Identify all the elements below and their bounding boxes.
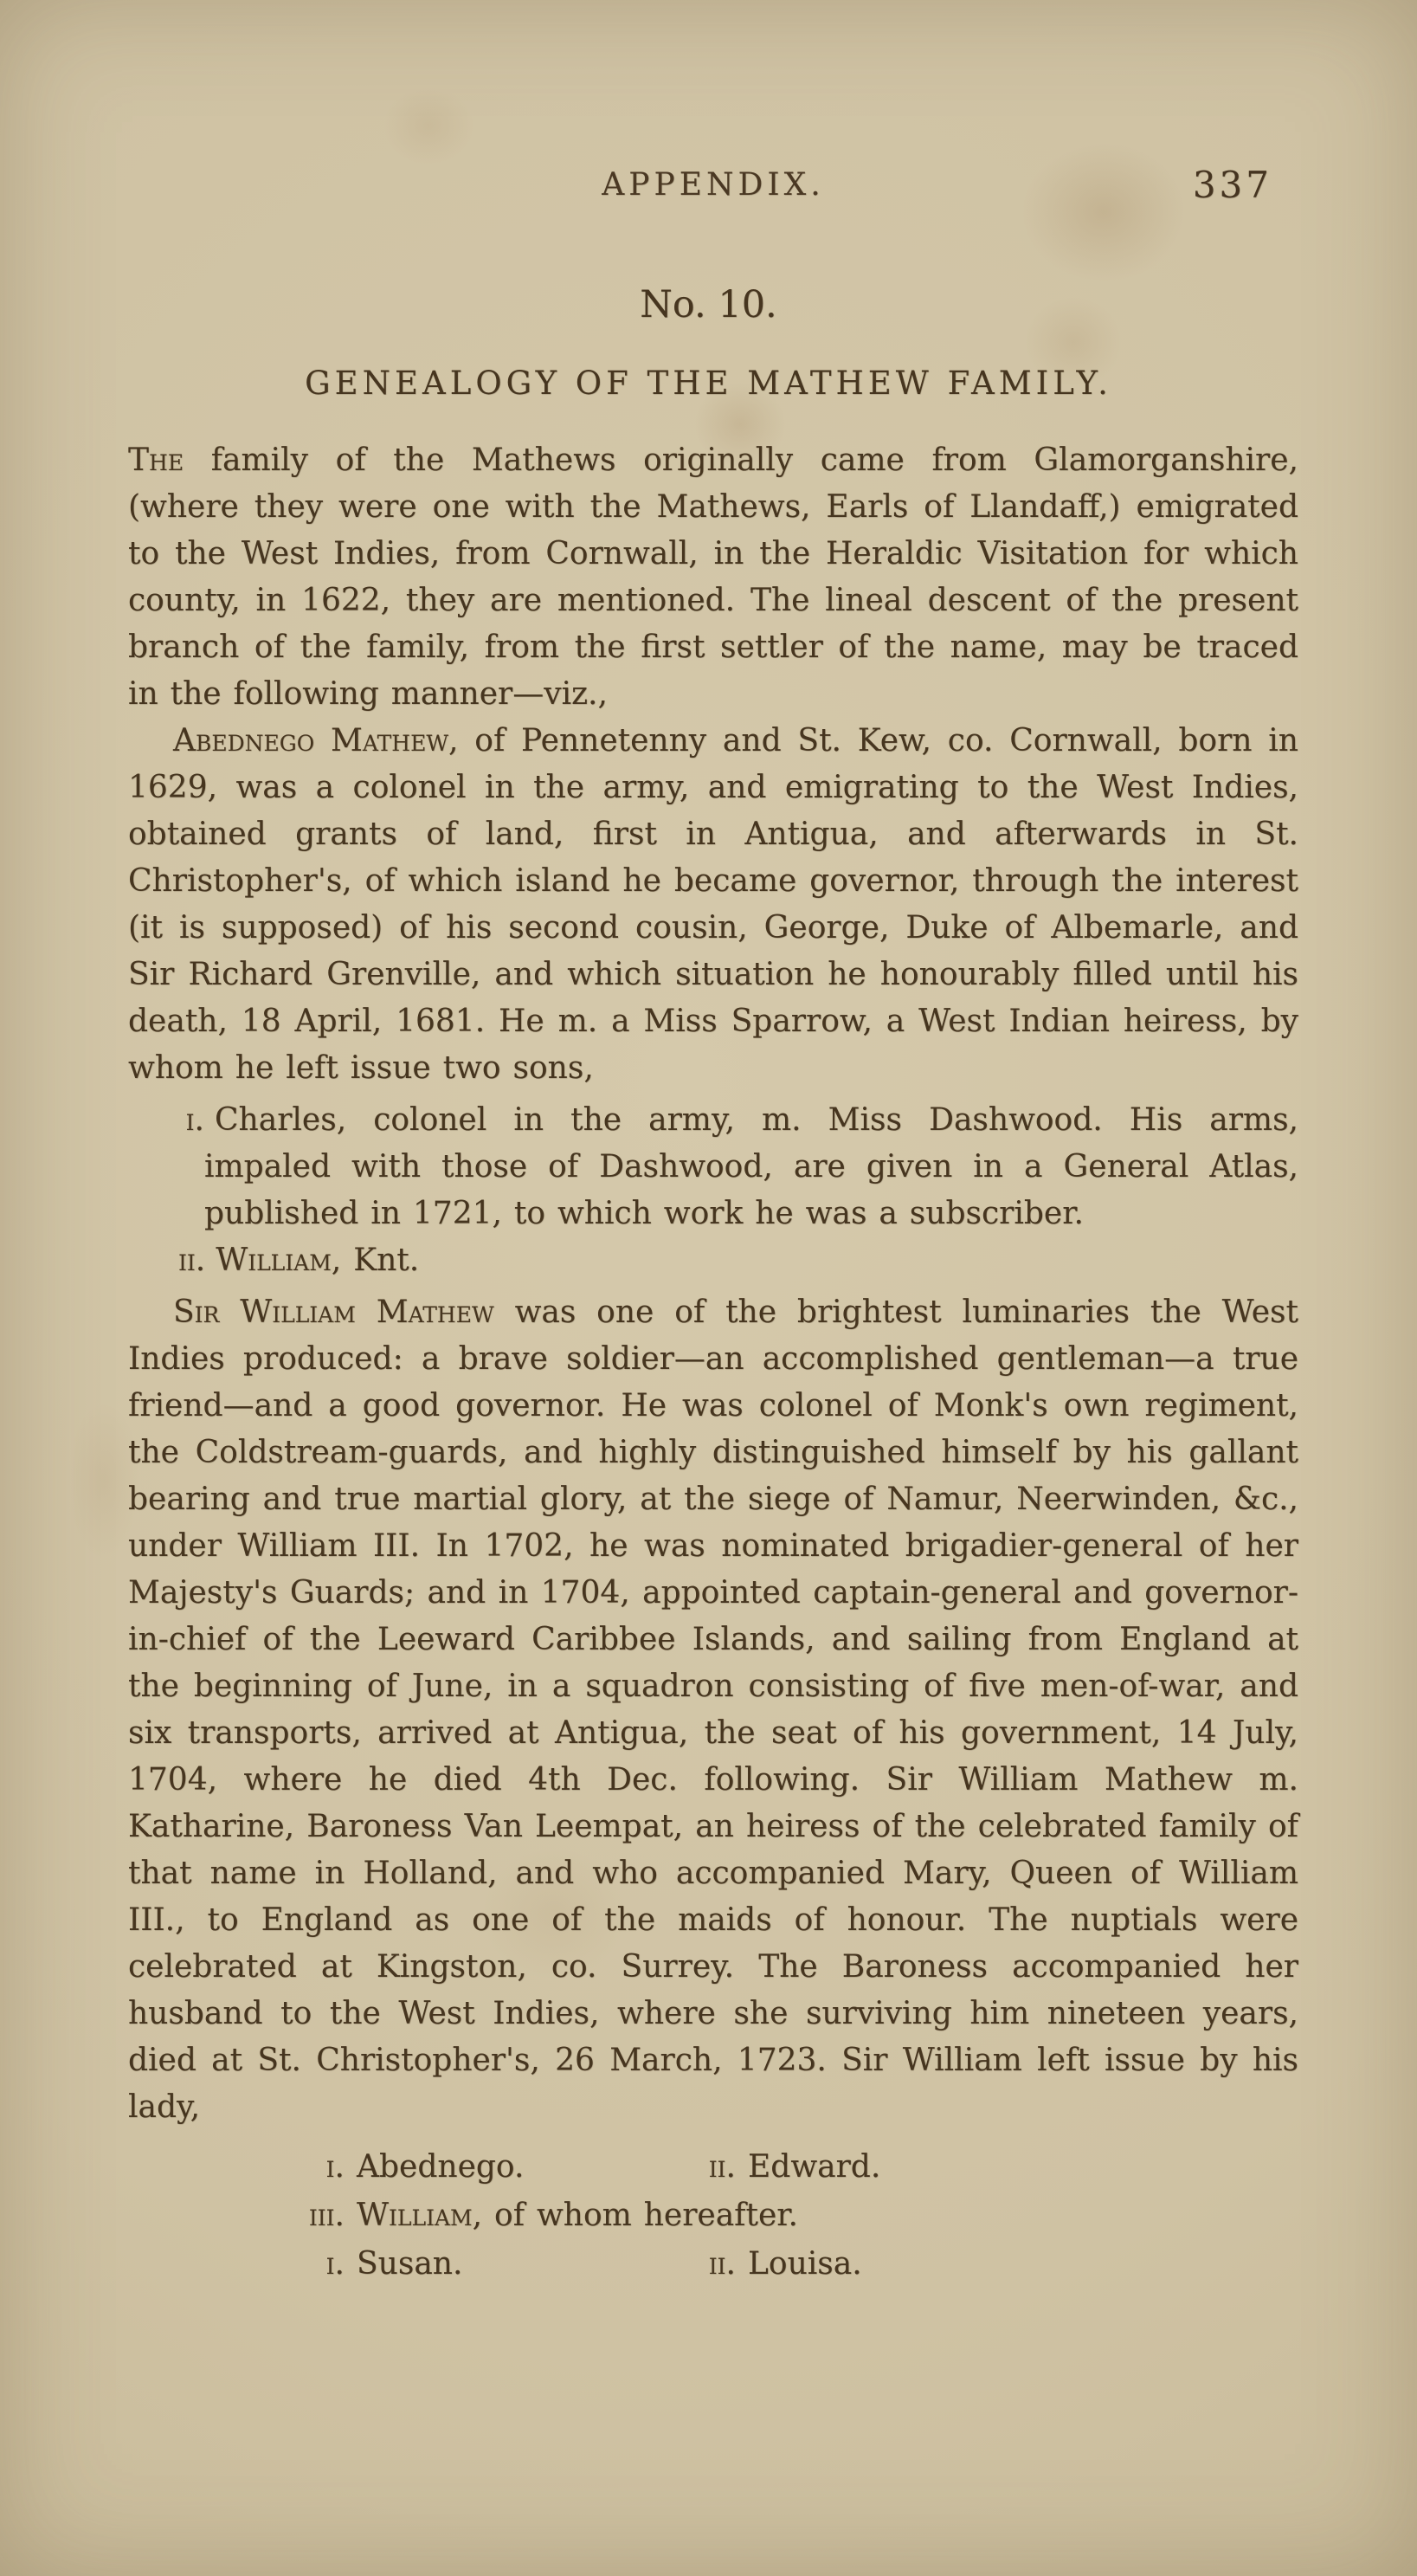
section-number: No. 10. [0,283,1417,326]
paragraph-lead-name: Abednego Mathew, [173,723,458,759]
book-page-scan: APPENDIX. 337 No. 10. GENEALOGY OF THE M… [0,0,1417,2576]
paper-stain [364,69,493,182]
list-item-numeral: i. [300,2143,345,2192]
list-item-text: of whom hereafter. [494,2198,798,2233]
list-item-numeral: i. [178,1097,204,1144]
list-item-numeral: iii. [300,2192,345,2240]
list-item-numeral: ii. [178,1237,205,1284]
paragraph-family-origin: The family of the Mathews originally cam… [128,437,1298,718]
list-item-text: Charles, colonel in the army, m. Miss Da… [204,1102,1298,1231]
paragraph-text: of Pennetenny and St. Kew, co. Cornwall,… [128,723,1298,1086]
list-item-name: Louisa. [748,2246,862,2282]
list-item-name: William, [216,1243,341,1278]
running-header: APPENDIX. 337 [128,167,1298,207]
list-row: i.Susan.ii.Louisa. [128,2240,1298,2289]
sons-list: i.Charles, colonel in the army, m. Miss … [128,1097,1298,1284]
list-item-name: William, [357,2198,482,2233]
list-item-name: Abednego. [357,2149,524,2185]
list-item: i.Charles, colonel in the army, m. Miss … [128,1097,1298,1237]
list-item-numeral: ii. [691,2240,736,2289]
running-header-title: APPENDIX. [128,167,1298,203]
list-cell: ii.Edward. [691,2149,880,2185]
list-item-name: Edward. [748,2149,880,2185]
list-cell: i.Susan. [300,2240,691,2289]
section-title: GENEALOGY OF THE MATHEW FAMILY. [0,365,1417,402]
paragraph-sir-william-mathew: Sir William Mathew was one of the bright… [128,1289,1298,2131]
paragraph-text: family of the Mathews originally came fr… [128,442,1298,712]
paragraph-text: was one of the brightest luminaries the … [128,1294,1298,2125]
list-cell: ii.Louisa. [691,2246,862,2282]
paragraph-abednego-mathew: Abednego Mathew, of Pennetenny and St. K… [128,718,1298,1092]
paragraph-lead-word: The [128,442,184,478]
paper-stain [987,113,1221,312]
list-item-numeral: ii. [691,2143,736,2192]
paragraph-lead-name: Sir William Mathew [173,1294,494,1330]
list-item-numeral: i. [300,2240,345,2289]
body-text: The family of the Mathews originally cam… [128,437,1298,2289]
list-item: ii.William, Knt. [128,1237,1298,1284]
children-list: i.Abednego.ii.Edward. iii.William, of wh… [128,2143,1298,2289]
list-item-name: Susan. [357,2246,462,2282]
list-cell: i.Abednego. [300,2143,691,2192]
list-item-text: Knt. [353,1243,419,1278]
list-row: i.Abednego.ii.Edward. [128,2143,1298,2192]
list-row: iii.William, of whom hereafter. [128,2192,1298,2240]
page-number: 337 [1193,164,1272,206]
